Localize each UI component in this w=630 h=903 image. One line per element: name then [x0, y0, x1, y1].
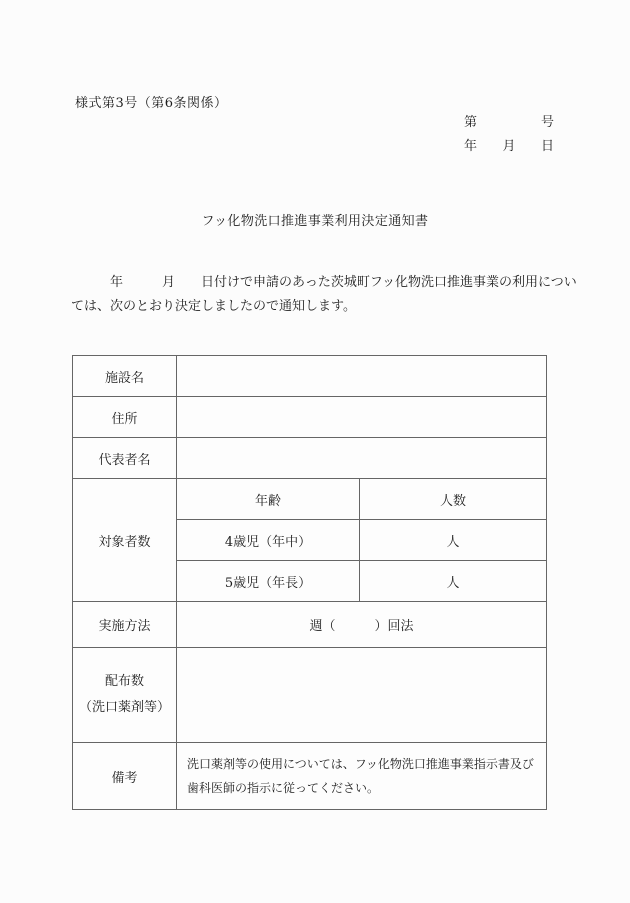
table-row: 代表者名	[73, 438, 547, 479]
number-prefix: 第	[464, 111, 477, 135]
table-row: 対象者数 年齢 人数	[73, 479, 547, 520]
form-table: 施設名 住所 代表者名 対象者数 年齢 人数 4歳児（年中） 人 5歳児（年長	[72, 355, 547, 810]
document-number-block: 第 号 年 月 日	[464, 111, 554, 159]
remarks-cell: 洗口薬剤等の使用については、フッ化物洗口推進事業指示書及び歯科医師の指示に従って…	[177, 743, 547, 810]
distribution-label-line2: （洗口薬剤等）	[73, 695, 176, 721]
method-value-cell: 週（ ）回法	[177, 602, 547, 648]
method-label: 実施方法	[73, 602, 177, 648]
age5-count-cell: 人	[360, 561, 547, 602]
distribution-label-line1: 配布数	[73, 669, 176, 695]
document-title: フッ化物洗口推進事業利用決定通知書	[0, 210, 630, 229]
target-count-label: 対象者数	[73, 479, 177, 602]
document-number-line: 第 号	[464, 111, 554, 135]
address-label: 住所	[73, 397, 177, 438]
representative-label: 代表者名	[73, 438, 177, 479]
count-column-header: 人数	[360, 479, 547, 520]
table-row: 配布数 （洗口薬剤等）	[73, 648, 547, 743]
distribution-label: 配布数 （洗口薬剤等）	[73, 648, 177, 743]
address-cell	[177, 397, 547, 438]
facility-name-cell	[177, 356, 547, 397]
facility-name-label: 施設名	[73, 356, 177, 397]
body-line-1: 年 月 日付けで申請のあった茨城町フッ化物洗口推進事業の利用につい	[71, 271, 601, 295]
table-row: 備考 洗口薬剤等の使用については、フッ化物洗口推進事業指示書及び歯科医師の指示に…	[73, 743, 547, 810]
representative-cell	[177, 438, 547, 479]
date-year-label: 年	[464, 135, 477, 159]
date-month-label: 月	[502, 135, 515, 159]
number-suffix: 号	[541, 111, 554, 135]
age-column-header: 年齢	[177, 479, 360, 520]
body-paragraph: 年 月 日付けで申請のあった茨城町フッ化物洗口推進事業の利用につい ては、次のと…	[71, 271, 601, 319]
table-row: 住所	[73, 397, 547, 438]
age4-label: 4歳児（年中）	[177, 520, 360, 561]
body-line-2: ては、次のとおり決定しましたので通知します。	[71, 295, 601, 319]
date-line: 年 月 日	[464, 135, 554, 159]
remarks-label: 備考	[73, 743, 177, 810]
table-row: 実施方法 週（ ）回法	[73, 602, 547, 648]
form-id: 様式第3号（第6条関係）	[75, 92, 228, 111]
distribution-cell	[177, 648, 547, 743]
date-day-label: 日	[541, 135, 554, 159]
table-row: 施設名	[73, 356, 547, 397]
age5-label: 5歳児（年長）	[177, 561, 360, 602]
age4-count-cell: 人	[360, 520, 547, 561]
document-page: 様式第3号（第6条関係） 第 号 年 月 日 フッ化物洗口推進事業利用決定通知書…	[0, 0, 630, 903]
